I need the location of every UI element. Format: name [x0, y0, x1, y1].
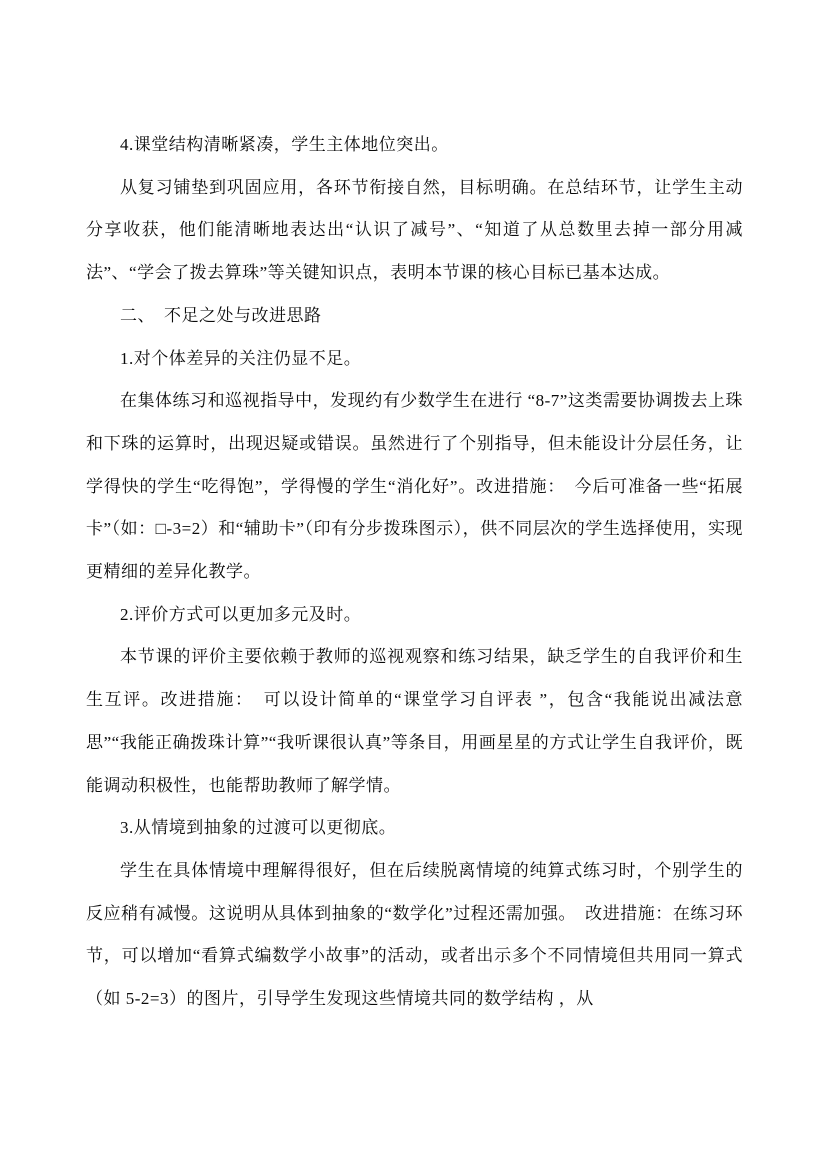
section-2-heading: 二、 不足之处与改进思路 [86, 295, 743, 338]
point-4-heading: 4.课堂结构清晰紧凑，学生主体地位突出。 [86, 124, 743, 167]
issue-1-heading: 1.对个体差异的关注仍显不足。 [86, 338, 743, 381]
point-4-body: 从复习铺垫到巩固应用，各环节衔接自然，目标明确。在总结环节，让学生主动分享收获，… [86, 167, 743, 295]
document-page: 4.课堂结构清晰紧凑，学生主体地位突出。 从复习铺垫到巩固应用，各环节衔接自然，… [0, 0, 827, 1170]
document-body: 4.课堂结构清晰紧凑，学生主体地位突出。 从复习铺垫到巩固应用，各环节衔接自然，… [86, 124, 743, 1021]
issue-2-heading: 2.评价方式可以更加多元及时。 [86, 594, 743, 637]
issue-3-heading: 3.从情境到抽象的过渡可以更彻底。 [86, 807, 743, 850]
issue-3-body: 学生在具体情境中理解得很好，但在后续脱离情境的纯算式练习时，个别学生的反应稍有减… [86, 850, 743, 1021]
issue-1-body: 在集体练习和巡视指导中，发现约有少数学生在进行 “8-7”这类需要协调拨去上珠和… [86, 380, 743, 594]
issue-2-body: 本节课的评价主要依赖于教师的巡视观察和练习结果，缺乏学生的自我评价和生生互评。改… [86, 636, 743, 807]
